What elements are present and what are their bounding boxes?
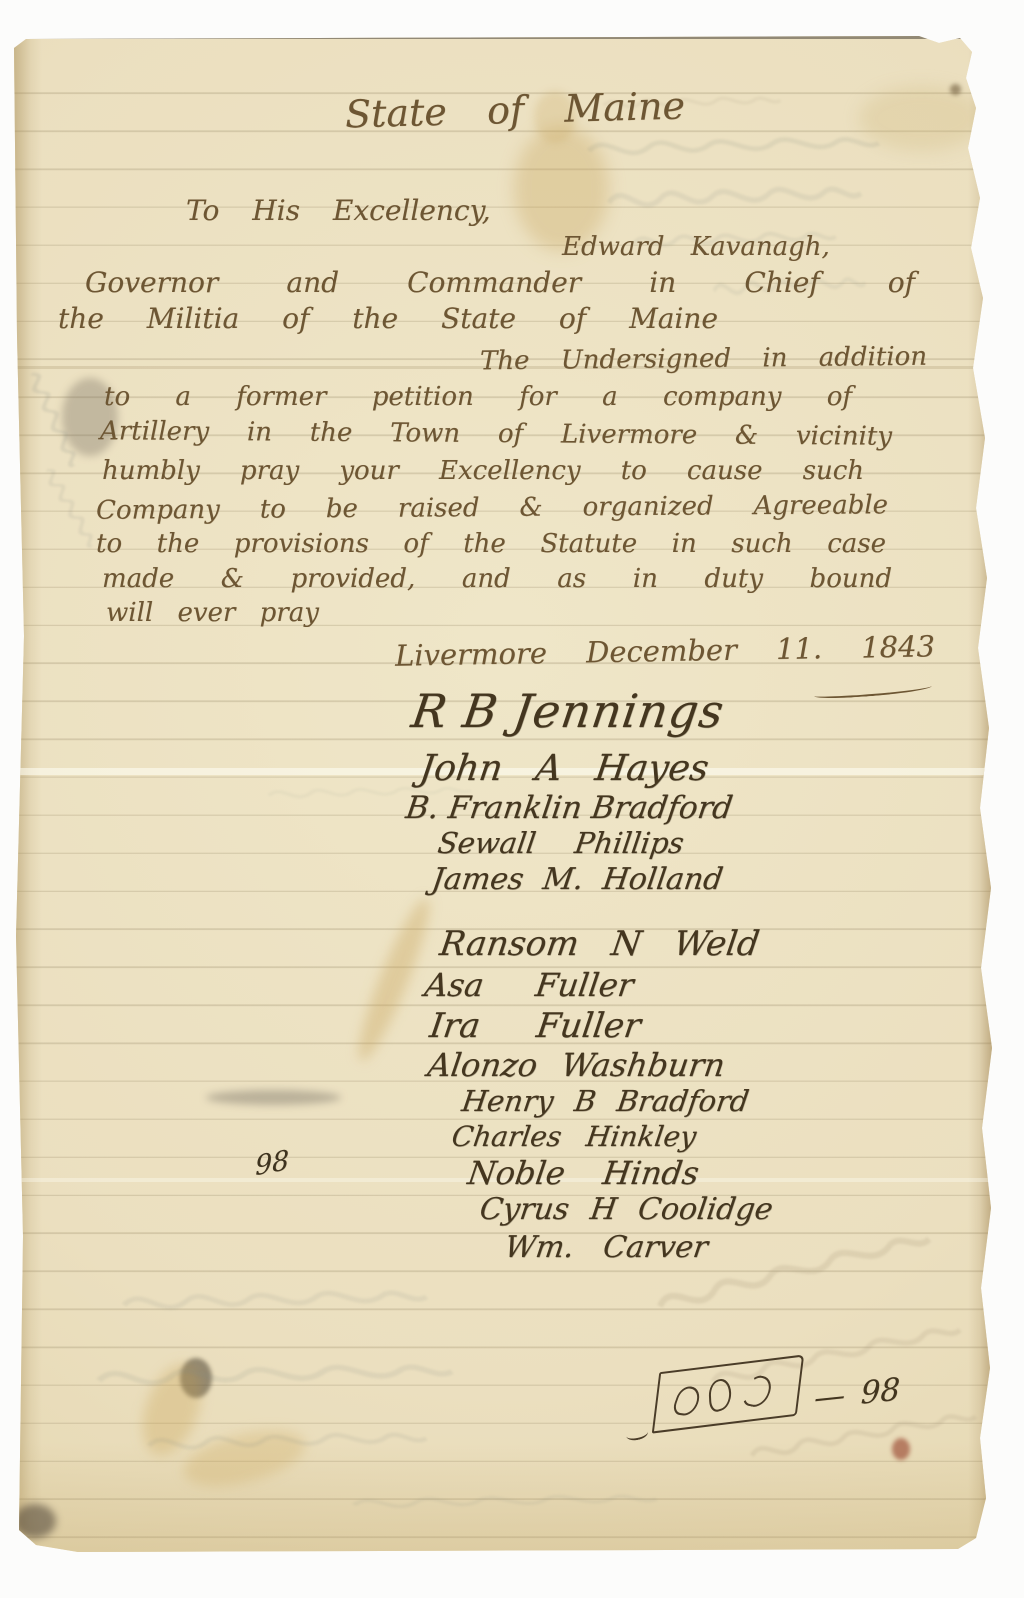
margin-count-note: 98 [255,1145,289,1182]
body-line-6: to the provisions of the Statute in such… [96,529,886,559]
signature-john-a-hayes: John A Hayes [417,748,711,789]
address-line-2: the Militia of the State of Maine [58,302,718,335]
body-line-3: Artillery in the Town of Livermore & vic… [100,416,892,452]
signature-asa-fuller: Asa Fuller [422,966,636,1004]
signature-noble-hinds: Noble Hinds [465,1154,701,1192]
document-page: State of Maine To His Excellency, Edward… [14,36,994,1552]
signature-james-m-holland: James M. Holland [430,862,726,897]
address-line-1: Governor and Commander in Chief of [85,266,915,299]
signature-alonzo-washburn: Alonzo Washburn [425,1046,727,1084]
body-line-5: Company to be raised & organized Agreeab… [96,490,888,526]
body-line-7: made & provided, and as in duty bound [102,564,892,594]
signature-charles-hinkley: Charles Hinkley [450,1120,699,1153]
signature-b-franklin-bradford: B. Franklin Bradford [403,790,734,826]
salutation-line: To His Excellency, [186,194,491,227]
signature-ransom-n-weld: Ransom N Weld [437,924,762,964]
body-line-2: to a former petition for a company of [104,382,852,412]
signature-ira-fuller: Ira Fuller [427,1006,643,1046]
body-line-4: humbly pray your Excellency to cause suc… [102,456,864,486]
signature-rb-jennings: R B Jennings [408,684,728,738]
scan-background: State of Maine To His Excellency, Edward… [0,0,1024,1598]
body-line-1: The Undersigned in addition [480,342,927,377]
signature-sewall-phillips: Sewall Phillips [436,826,686,860]
signature-henry-b-bradford: Henry B Bradford [460,1084,752,1118]
signature-wm-carver: Wm. Carver [503,1230,710,1265]
addressee-line: Edward Kavanagh, [562,232,830,262]
signature-cyrus-h-coolidge: Cyrus H Coolidge [478,1192,776,1227]
body-line-8: will ever pray [106,598,319,628]
document-heading: State of Maine [344,84,685,137]
